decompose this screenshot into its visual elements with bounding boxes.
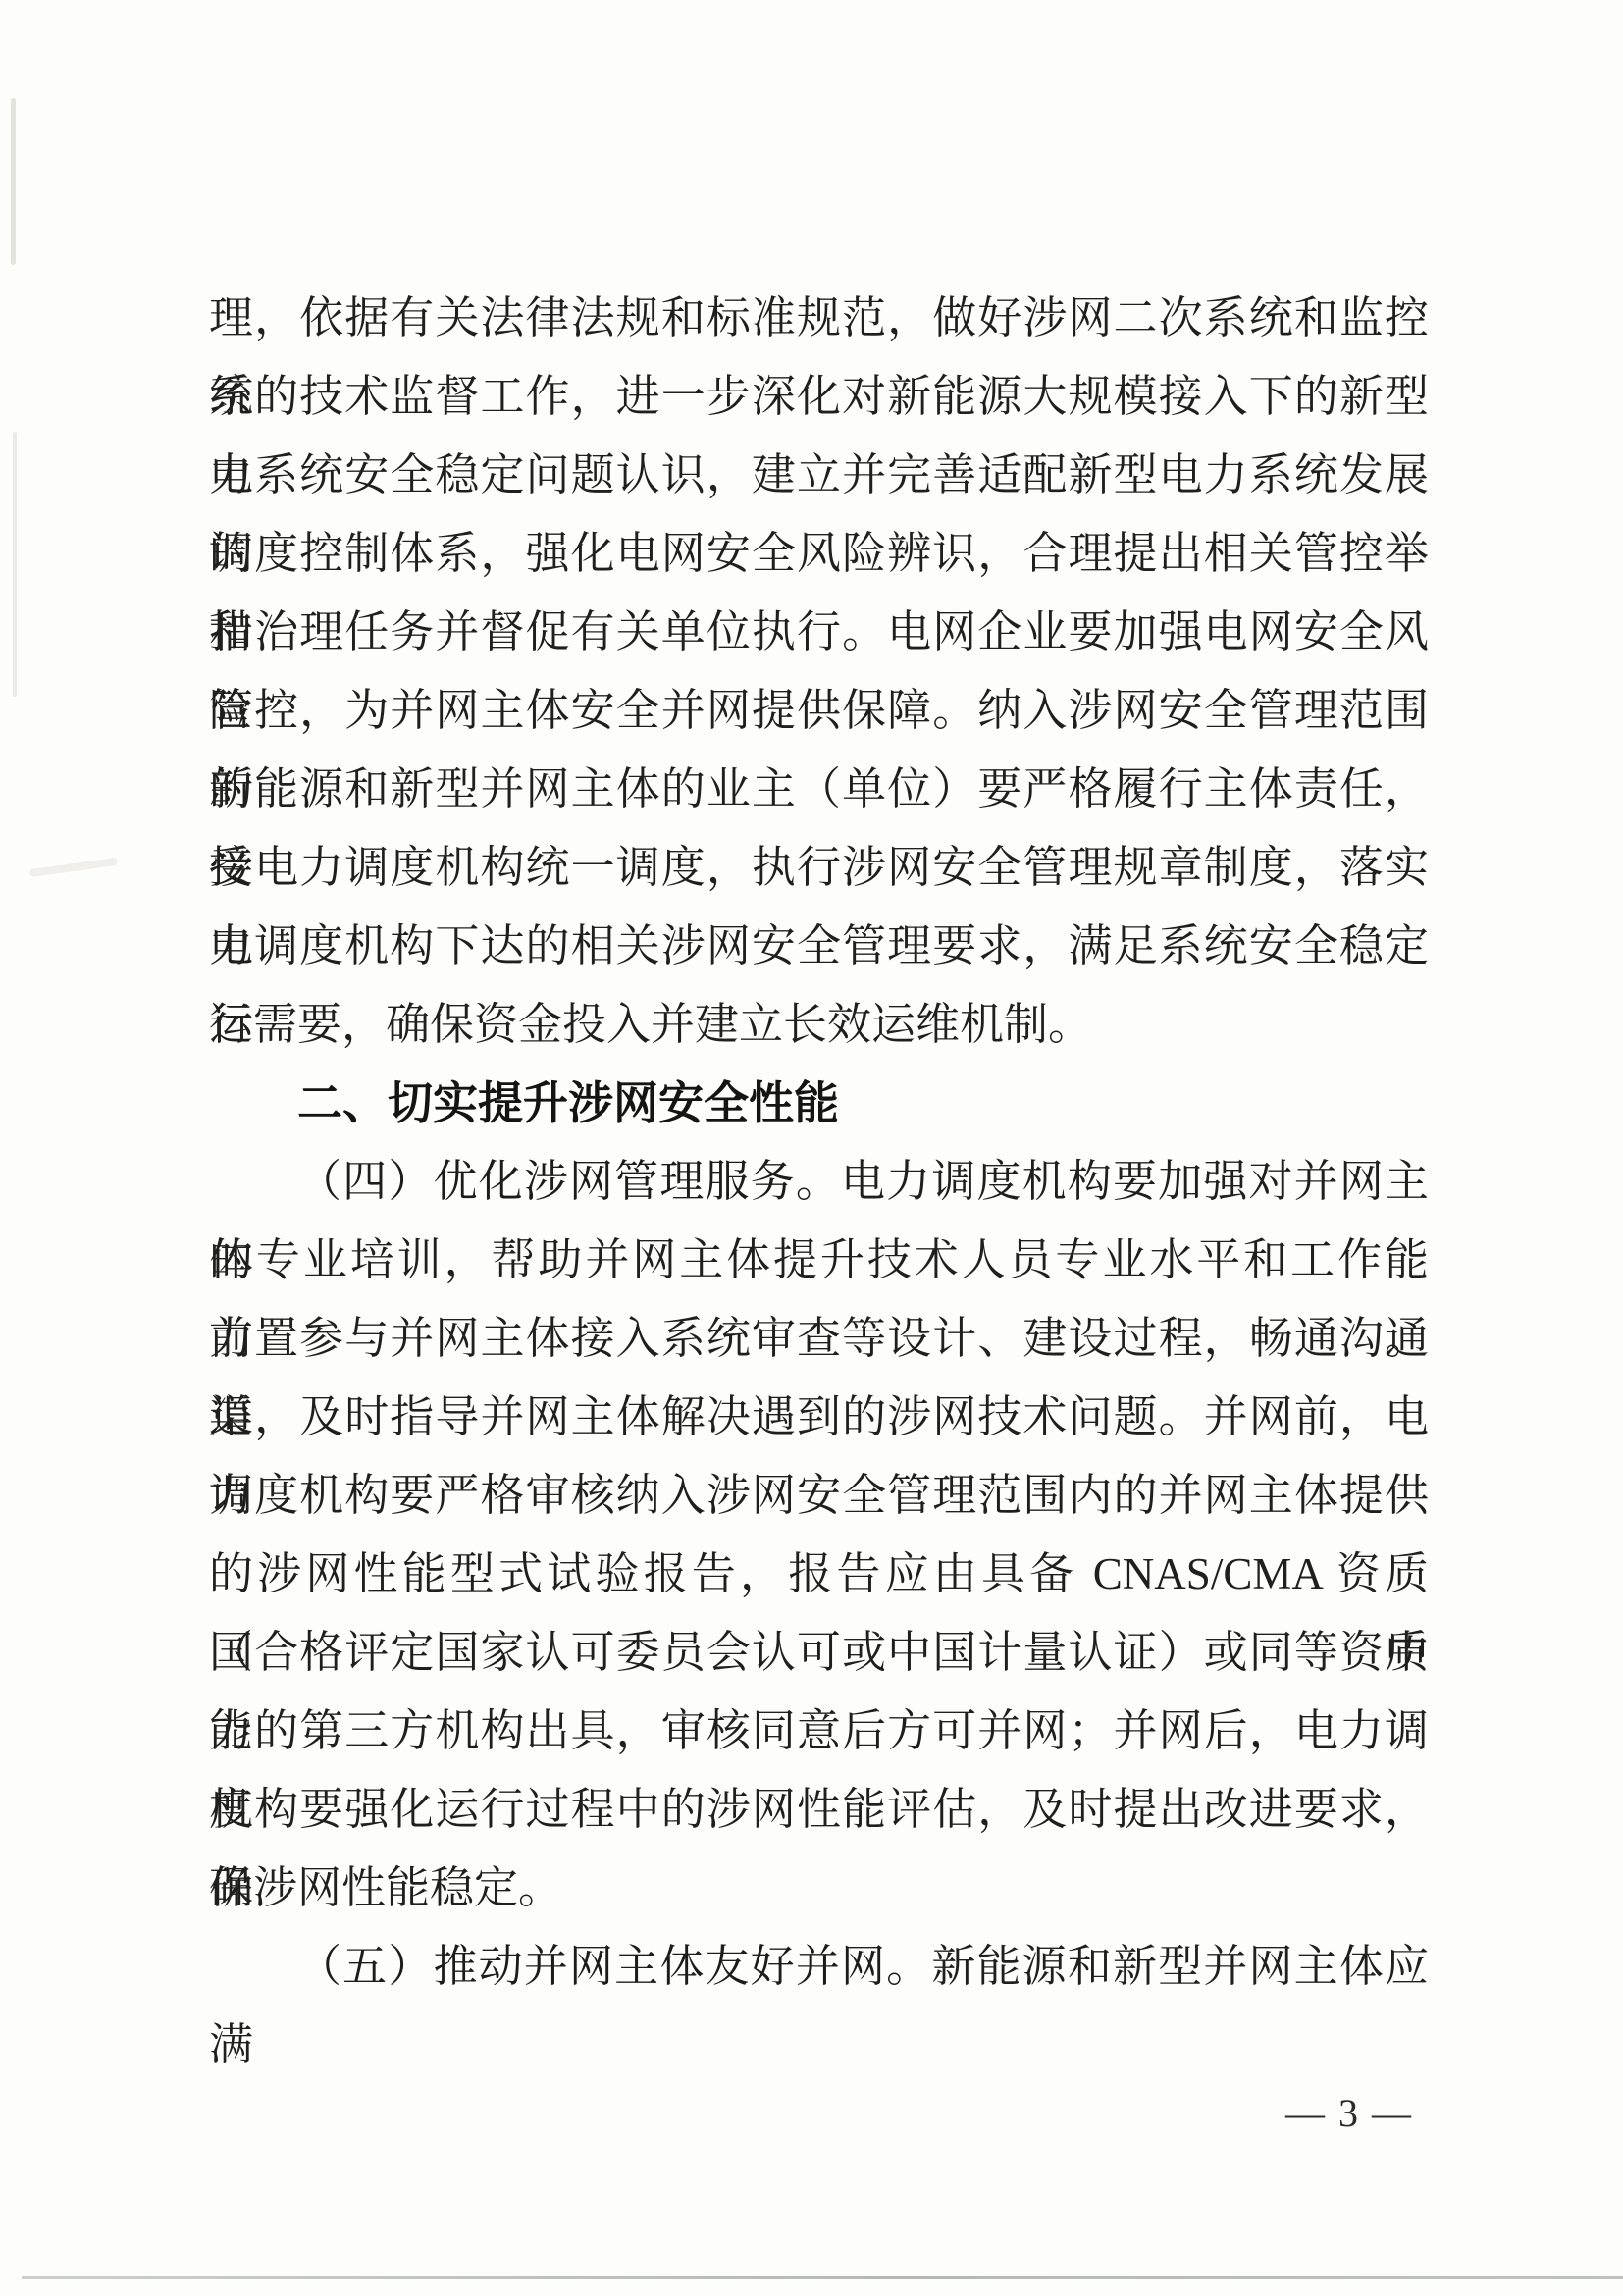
text-line: 管控，为并网主体安全并网提供保障。纳入涉网安全管理范围的 bbox=[209, 671, 1429, 750]
text-line: 前置参与并网主体接入系统审查等设计、建设过程，畅通沟通渠 bbox=[209, 1299, 1429, 1378]
text-line: （四）优化涉网管理服务。电力调度机构要加强对并网主体 bbox=[209, 1142, 1429, 1221]
text-line: 机构要强化运行过程中的涉网性能评估，及时提出改进要求，确 bbox=[209, 1770, 1429, 1849]
text-line: 保涉网性能稳定。 bbox=[209, 1849, 1429, 1927]
paragraph-5-lead: （五）推动并网主体友好并网。 bbox=[297, 1942, 931, 1991]
text-line: 行需要，确保资金投入并建立长效运维机制。 bbox=[209, 985, 1429, 1064]
text-line: 和治理任务并督促有关单位执行。电网企业要加强电网安全风险 bbox=[209, 593, 1429, 671]
paragraph-4-lead: （四）优化涉网管理服务。 bbox=[297, 1157, 841, 1206]
section-heading: 二、切实提升涉网安全性能 bbox=[209, 1064, 1429, 1142]
page-number: — 3 — bbox=[1266, 2088, 1433, 2139]
text-line: 的专业培训，帮助并网主体提升技术人员专业水平和工作能力。 bbox=[209, 1221, 1429, 1299]
scan-edge-line bbox=[22, 2276, 1623, 2279]
text-line: 新能源和新型并网主体的业主（单位）要严格履行主体责任，接 bbox=[209, 750, 1429, 828]
text-line: 受电力调度机构统一调度，执行涉网安全管理规章制度，落实电 bbox=[209, 828, 1429, 907]
scan-artifact bbox=[11, 98, 16, 265]
text-line: 国合格评定国家认可委员会认可或中国计量认证）或同等资质能 bbox=[209, 1613, 1429, 1692]
document-page: 理，依据有关法律法规和标准规范，做好涉网二次系统和监控系 统的技术监督工作，进一… bbox=[0, 0, 1623, 2296]
text-line: 统的技术监督工作，进一步深化对新能源大规模接入下的新型电 bbox=[209, 357, 1429, 436]
scan-artifact bbox=[29, 858, 118, 877]
scan-artifact bbox=[13, 432, 17, 697]
text-line: 的涉网性能型式试验报告，报告应由具备 CNAS/CMA 资质（中 bbox=[209, 1535, 1429, 1613]
text-line: 调度机构要严格审核纳入涉网安全管理范围内的并网主体提供 bbox=[209, 1456, 1429, 1535]
text-line: 力调度机构下达的相关涉网安全管理要求，满足系统安全稳定运 bbox=[209, 907, 1429, 985]
text-line: （五）推动并网主体友好并网。新能源和新型并网主体应满 bbox=[209, 1927, 1429, 2006]
text-line: 道，及时指导并网主体解决遇到的涉网技术问题。并网前，电力 bbox=[209, 1378, 1429, 1456]
text-line: 力的第三方机构出具，审核同意后方可并网；并网后，电力调度 bbox=[209, 1692, 1429, 1770]
text-line: 理，依据有关法律法规和标准规范，做好涉网二次系统和监控系 bbox=[209, 279, 1429, 357]
document-text-block: 理，依据有关法律法规和标准规范，做好涉网二次系统和监控系 统的技术监督工作，进一… bbox=[209, 279, 1429, 2006]
text-line: 力系统安全稳定问题认识，建立并完善适配新型电力系统发展的 bbox=[209, 436, 1429, 514]
text-line: 调度控制体系，强化电网安全风险辨识，合理提出相关管控举措 bbox=[209, 514, 1429, 593]
